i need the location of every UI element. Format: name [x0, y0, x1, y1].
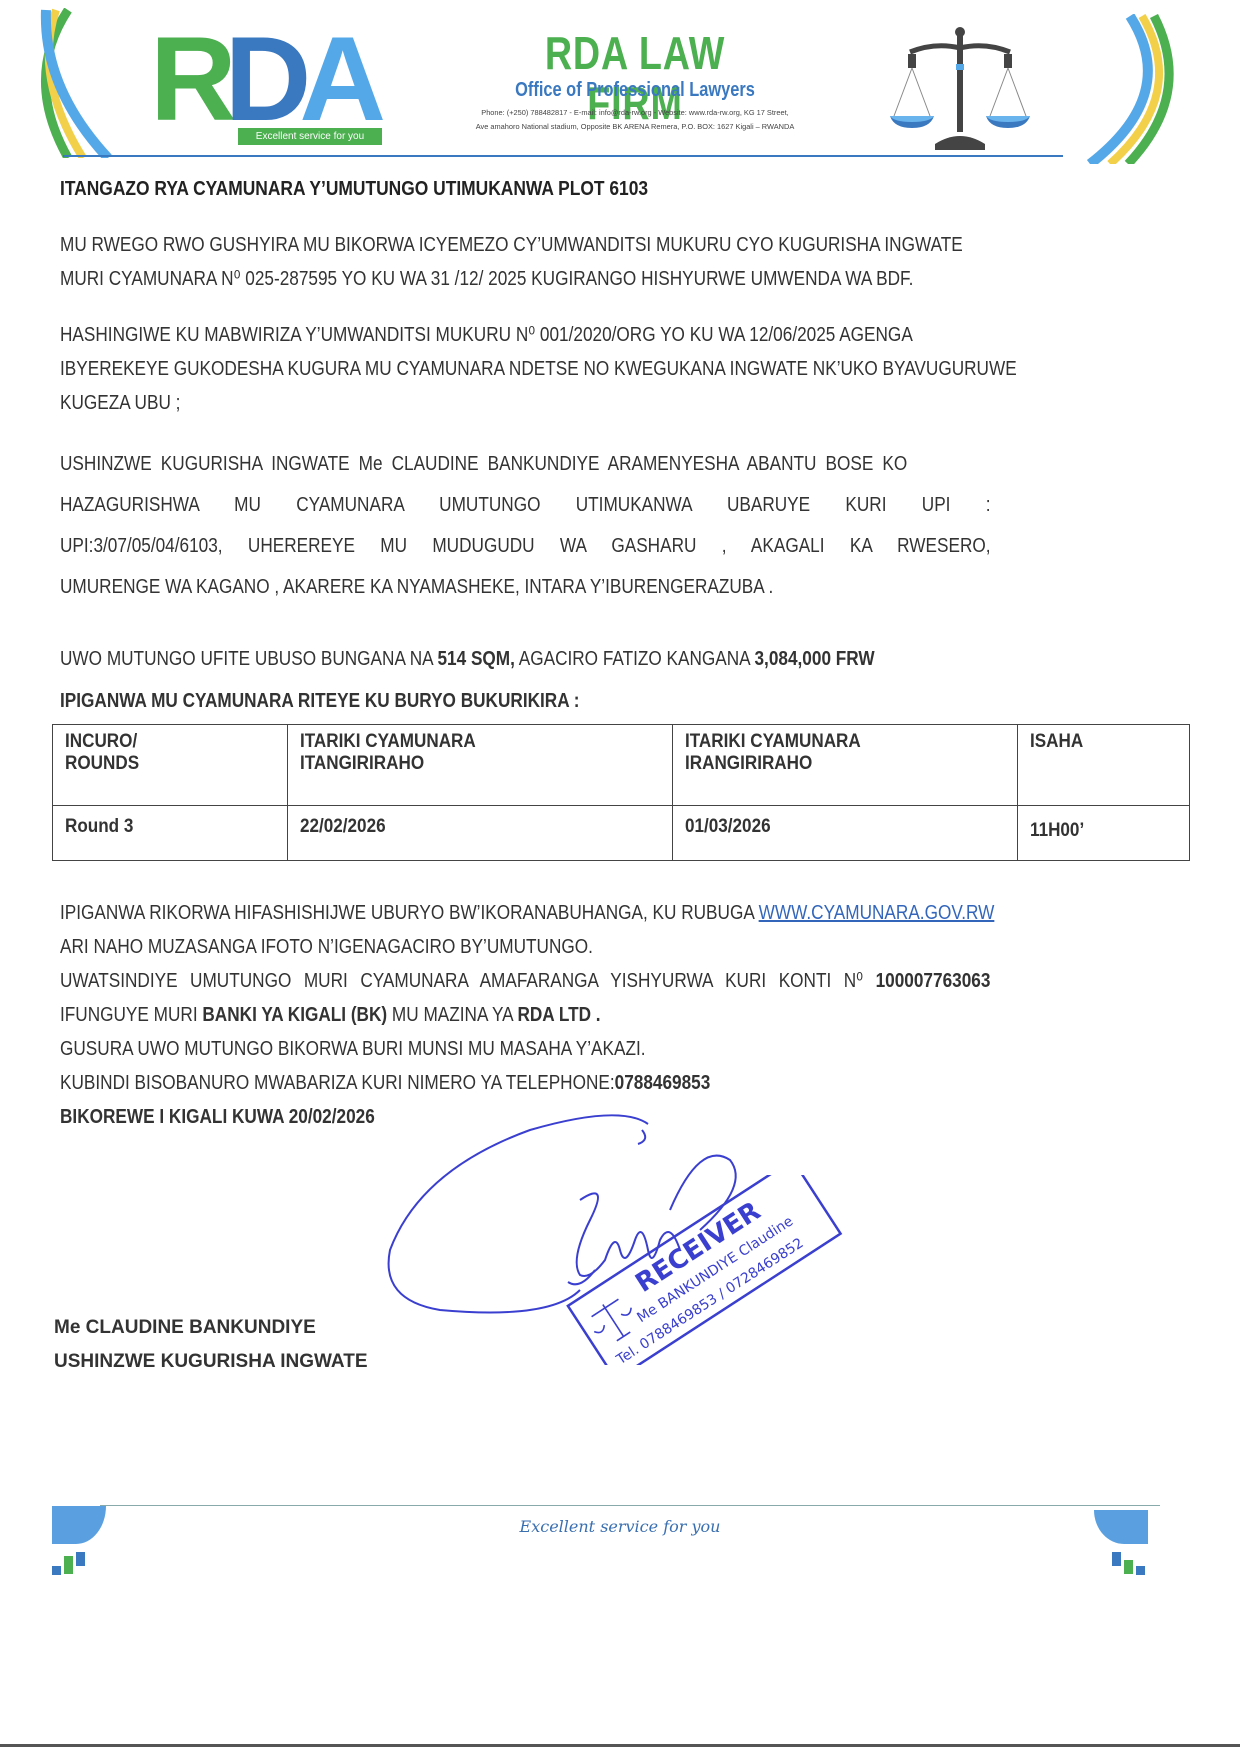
paragraph-line: KUGEZA UBU ;	[60, 386, 1049, 420]
signer-name: Me CLAUDINE BANKUNDIYE	[54, 1311, 368, 1345]
schedule-heading: IPIGANWA MU CYAMUNARA RITEYE KU BURYO BU…	[60, 684, 1049, 718]
paragraph-line: HASHINGIWE KU MABWIRIZA Y’UMWANDITSI MUK…	[60, 318, 1049, 352]
footer-corner-right	[1094, 1510, 1148, 1544]
header-cell-time: ISAHA	[1018, 725, 1190, 806]
firm-subtitle: Office of Professional Lawyers	[459, 78, 812, 102]
paragraph-line: HAZAGURISHWA MU CYAMUNARA UMUTUNGO UTIMU…	[60, 485, 991, 526]
payment-text: MU MAZINA YA	[387, 1004, 517, 1026]
header-divider	[63, 155, 1063, 157]
footer-corner-left	[52, 1506, 106, 1544]
paragraph-line: UPI:3/07/05/04/6103, UHEREREYE MU MUDUGU…	[60, 526, 991, 567]
cell-time: 11H00’	[1018, 806, 1190, 861]
table-header-row: INCURO/ROUNDS ITARIKI CYAMUNARAITANGIRIR…	[53, 725, 1190, 806]
account-name: RDA LTD .	[517, 1004, 600, 1026]
signer-block: Me CLAUDINE BANKUNDIYE USHINZWE KUGURISH…	[54, 1311, 368, 1379]
property-area: 514 SQM,	[437, 648, 514, 670]
header-cell-end-date: ITARIKI CYAMUNARAIRANGIRIRAHO	[673, 725, 1018, 806]
payment-text: UWATSINDIYE UMUTUNGO MURI CYAMUNARA AMAF…	[60, 970, 876, 992]
contact-line-1: Phone: (+250) 788482817 - E-mail: info@r…	[420, 106, 850, 120]
account-number: 100007763063	[876, 970, 991, 992]
paragraph-line: UMURENGE WA KAGANO , AKARERE KA NYAMASHE…	[60, 567, 1049, 608]
paragraph-announcement: USHINZWE KUGURISHA INGWATE Me CLAUDINE B…	[60, 444, 1049, 608]
contact-text: KUBINDI BISOBANURO MWABARIZA KURI NIMERO…	[60, 1072, 615, 1094]
property-text: AGACIRO FATIZO KANGANA	[515, 648, 755, 670]
property-value: 3,084,000 FRW	[754, 648, 874, 670]
cell-end-date: 01/03/2026	[673, 806, 1018, 861]
online-text: IPIGANWA RIKORWA HIFASHISHIJWE UBURYO BW…	[60, 902, 759, 924]
header-cell-start-date: ITARIKI CYAMUNARAITANGIRIRAHO	[288, 725, 673, 806]
contact-line-2: Ave amahoro National stadium, Opposite B…	[420, 120, 850, 134]
paragraph-line: IBYEREKEYE GUKODESHA KUGURA MU CYAMUNARA…	[60, 352, 1049, 386]
cell-round: Round 3	[53, 806, 288, 861]
brand-swoosh-left	[28, 8, 168, 158]
footer-squares-right	[1112, 1552, 1162, 1576]
contact-phone: 0788469853	[615, 1072, 711, 1094]
header-cell-rounds: INCURO/ROUNDS	[53, 725, 288, 806]
cell-start-date: 22/02/2026	[288, 806, 673, 861]
footer-tagline: Excellent service for you	[420, 1517, 820, 1536]
firm-contact: Phone: (+250) 788482817 - E-mail: info@r…	[420, 106, 850, 134]
online-auction-info: IPIGANWA RIKORWA HIFASHISHIJWE UBURYO BW…	[60, 896, 1049, 964]
paragraph-decision: MU RWEGO RWO GUSHYIRA MU BIKORWA ICYEMEZ…	[60, 228, 1049, 296]
logo-tagline: Excellent service for you	[238, 128, 382, 145]
bank-name: BANKI YA KIGALI (BK)	[202, 1004, 387, 1026]
property-details: UWO MUTUNGO UFITE UBUSO BUNGANA NA 514 S…	[60, 642, 1049, 676]
paragraph-line: MU RWEGO RWO GUSHYIRA MU BIKORWA ICYEMEZ…	[60, 228, 1049, 262]
payment-text: IFUNGUYE MURI	[60, 1004, 202, 1026]
brand-swoosh-right	[1070, 14, 1190, 164]
rda-logo: RDA Excellent service for you	[150, 24, 380, 154]
scales-of-justice-icon	[890, 24, 1030, 154]
auction-schedule-table: INCURO/ROUNDS ITARIKI CYAMUNARAITANGIRIR…	[52, 724, 1190, 861]
page-bottom-edge	[0, 1744, 1240, 1747]
property-text: UWO MUTUNGO UFITE UBUSO BUNGANA NA	[60, 648, 437, 670]
logo-letter-r: R	[150, 12, 225, 146]
cyamunara-website-link[interactable]: WWW.CYAMUNARA.GOV.RW	[759, 902, 995, 924]
logo-letter-d: D	[225, 12, 300, 146]
paragraph-regulation: HASHINGIWE KU MABWIRIZA Y’UMWANDITSI MUK…	[60, 318, 1049, 420]
visit-info: GUSURA UWO MUTUNGO BIKORWA BURI MUNSI MU…	[60, 1032, 1049, 1066]
payment-info: UWATSINDIYE UMUTUNGO MURI CYAMUNARA AMAF…	[60, 964, 1049, 1134]
footer-divider	[100, 1505, 1160, 1506]
stamp-scales-icon	[584, 1293, 642, 1349]
logo-letter-a: A	[299, 12, 374, 146]
online-line-2: ARI NAHO MUZASANGA IFOTO N’IGENAGACIRO B…	[60, 930, 1049, 964]
signer-role: USHINZWE KUGURISHA INGWATE	[54, 1345, 368, 1379]
document-title: ITANGAZO RYA CYAMUNARA Y’UMUTUNGO UTIMUK…	[60, 178, 648, 201]
receiver-stamp: RECEIVER Me BANKUNDIYE Claudine Tel. 078…	[552, 1175, 852, 1365]
paragraph-line: MURI CYAMUNARA N⁰ 025-287595 YO KU WA 31…	[60, 262, 1049, 296]
paragraph-line: USHINZWE KUGURISHA INGWATE Me CLAUDINE B…	[60, 444, 1049, 485]
table-row: Round 3 22/02/2026 01/03/2026 11H00’	[53, 806, 1190, 861]
footer-squares-left	[52, 1552, 102, 1576]
